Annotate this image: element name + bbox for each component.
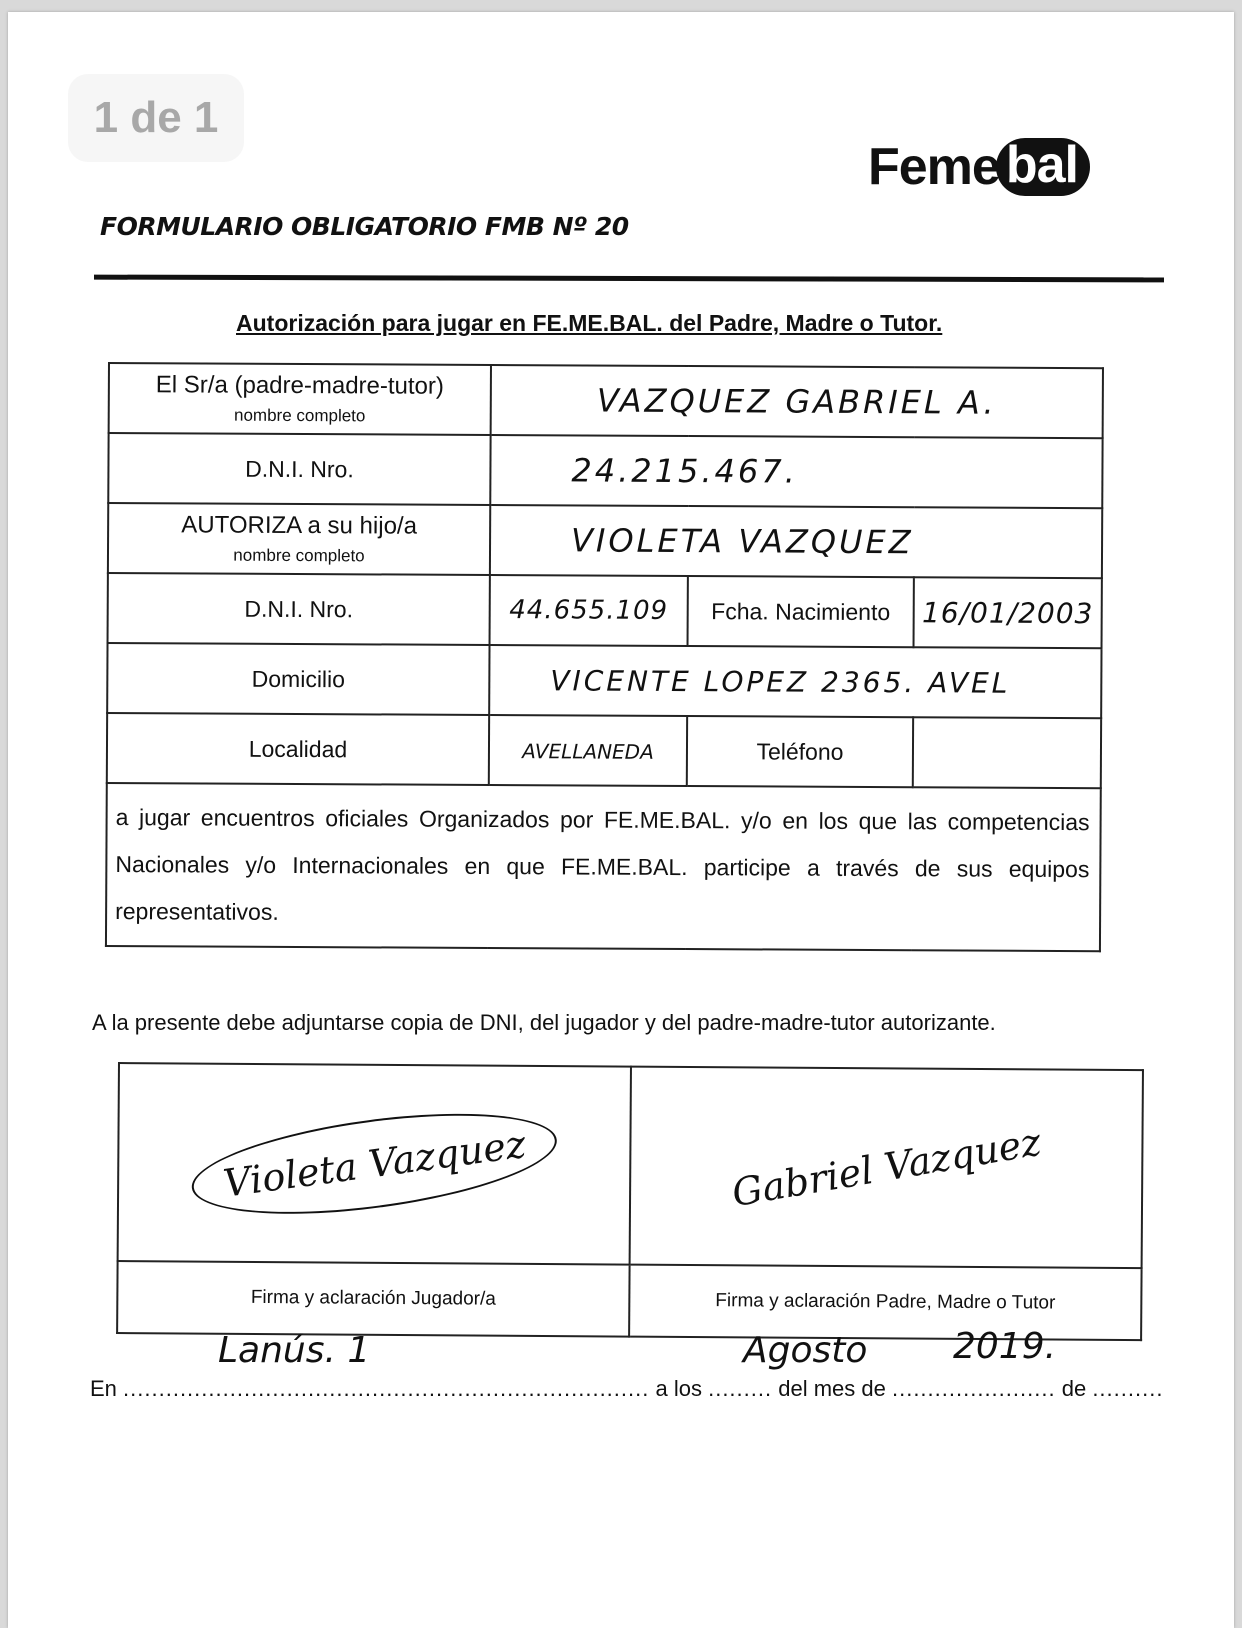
place-dots: ........................................… (123, 1376, 649, 1401)
year-value[interactable]: 2019. (953, 1326, 1056, 1367)
guardian-dni-label: D.N.I. Nro. (108, 433, 490, 505)
attachment-notice: A la presente debe adjuntarse copia de D… (92, 1010, 996, 1036)
locality-row: Localidad AVELLANEDA Teléfono (107, 713, 1101, 788)
logo-highlight: bal (996, 138, 1090, 196)
month-value[interactable]: Agosto (743, 1330, 867, 1371)
locality-label: Localidad (107, 713, 489, 785)
guardian-signature-label: Firma y aclaración Padre, Madre o Tutor (629, 1265, 1141, 1341)
femebal-logo: Feme bal (868, 137, 1090, 197)
address-value: VICENTE LOPEZ 2365. AVEL (550, 664, 1010, 699)
form-subtitle: Autorización para jugar en FE.ME.BAL. de… (236, 310, 942, 337)
month-dots: ....................... (892, 1376, 1056, 1401)
document-page: 1 de 1 Feme bal FORMULARIO OBLIGATORIO F… (8, 12, 1234, 1628)
child-label-cell: AUTORIZA a su hijo/a nombre completo (108, 503, 490, 575)
day-dots: ......... (708, 1376, 772, 1401)
guardian-name-value: VAZQUEZ GABRIEL A. (597, 382, 997, 422)
child-label: AUTORIZA a su hijo/a (109, 511, 489, 541)
guardian-dni-row: D.N.I. Nro. 24.215.467. (108, 433, 1102, 508)
guardian-name-row: El Sr/a (padre-madre-tutor) nombre compl… (109, 363, 1103, 438)
date-prefix: En (90, 1376, 117, 1401)
guardian-dni-field[interactable]: 24.215.467. (490, 435, 1102, 508)
locality-value: AVELLANEDA (522, 739, 654, 764)
player-signature-field[interactable]: Violeta Vazquez (118, 1063, 631, 1265)
player-signature-label: Firma y aclaración Jugador/a (117, 1261, 629, 1337)
child-dni-value: 44.655.109 (509, 595, 668, 626)
player-signature: Violeta Vazquez (186, 1096, 563, 1232)
child-name-field[interactable]: VIOLETA VAZQUEZ (490, 505, 1102, 578)
page-indicator-text: 1 de 1 (94, 93, 219, 143)
child-dni-row: D.N.I. Nro. 44.655.109 Fcha. Nacimiento … (108, 573, 1102, 648)
signature-table: Violeta Vazquez Gabriel Vazquez Firma y … (116, 1062, 1144, 1341)
guardian-sublabel: nombre completo (110, 405, 490, 427)
address-field[interactable]: VICENTE LOPEZ 2365. AVEL (489, 645, 1101, 718)
birth-date-label: Fcha. Nacimiento (688, 576, 914, 647)
year-dots: .......... (1092, 1376, 1163, 1401)
phone-field[interactable] (913, 717, 1101, 788)
child-dni-field[interactable]: 44.655.109 (490, 575, 688, 646)
authorization-table: El Sr/a (padre-madre-tutor) nombre compl… (105, 362, 1104, 952)
child-sublabel: nombre completo (109, 545, 489, 567)
child-name-row: AUTORIZA a su hijo/a nombre completo VIO… (108, 503, 1102, 578)
guardian-signature: Gabriel Vazquez (729, 1120, 1044, 1215)
child-name-value: VIOLETA VAZQUEZ (571, 521, 914, 561)
child-dni-label: D.N.I. Nro. (108, 573, 490, 645)
birth-date-value: 16/01/2003 (922, 596, 1094, 630)
guardian-label: El Sr/a (padre-madre-tutor) (110, 371, 490, 401)
authorization-text-row: a jugar encuentros oficiales Organizados… (106, 783, 1101, 951)
header-divider (94, 275, 1164, 283)
date-line: En .....................................… (90, 1376, 1163, 1402)
guardian-label-cell: El Sr/a (padre-madre-tutor) nombre compl… (109, 363, 491, 435)
address-row: Domicilio VICENTE LOPEZ 2365. AVEL (107, 643, 1101, 718)
page-indicator: 1 de 1 (68, 74, 244, 162)
authorization-text: a jugar encuentros oficiales Organizados… (106, 783, 1101, 951)
address-label: Domicilio (107, 643, 489, 715)
place-value[interactable]: Lanús. 1 (218, 1330, 370, 1371)
guardian-signature-field[interactable]: Gabriel Vazquez (630, 1067, 1143, 1269)
logo-text: Feme (868, 137, 1000, 197)
year-label: de (1062, 1376, 1086, 1401)
signature-row: Violeta Vazquez Gabriel Vazquez (118, 1063, 1143, 1268)
guardian-name-field[interactable]: VAZQUEZ GABRIEL A. (491, 365, 1103, 438)
form-title: FORMULARIO OBLIGATORIO FMB Nº 20 (100, 212, 629, 241)
phone-label: Teléfono (687, 716, 913, 787)
locality-field[interactable]: AVELLANEDA (489, 715, 687, 786)
birth-date-field[interactable]: 16/01/2003 (914, 577, 1102, 648)
guardian-dni-value: 24.215.467. (571, 451, 798, 490)
day-label: a los (655, 1376, 701, 1401)
month-label: del mes de (778, 1376, 886, 1401)
